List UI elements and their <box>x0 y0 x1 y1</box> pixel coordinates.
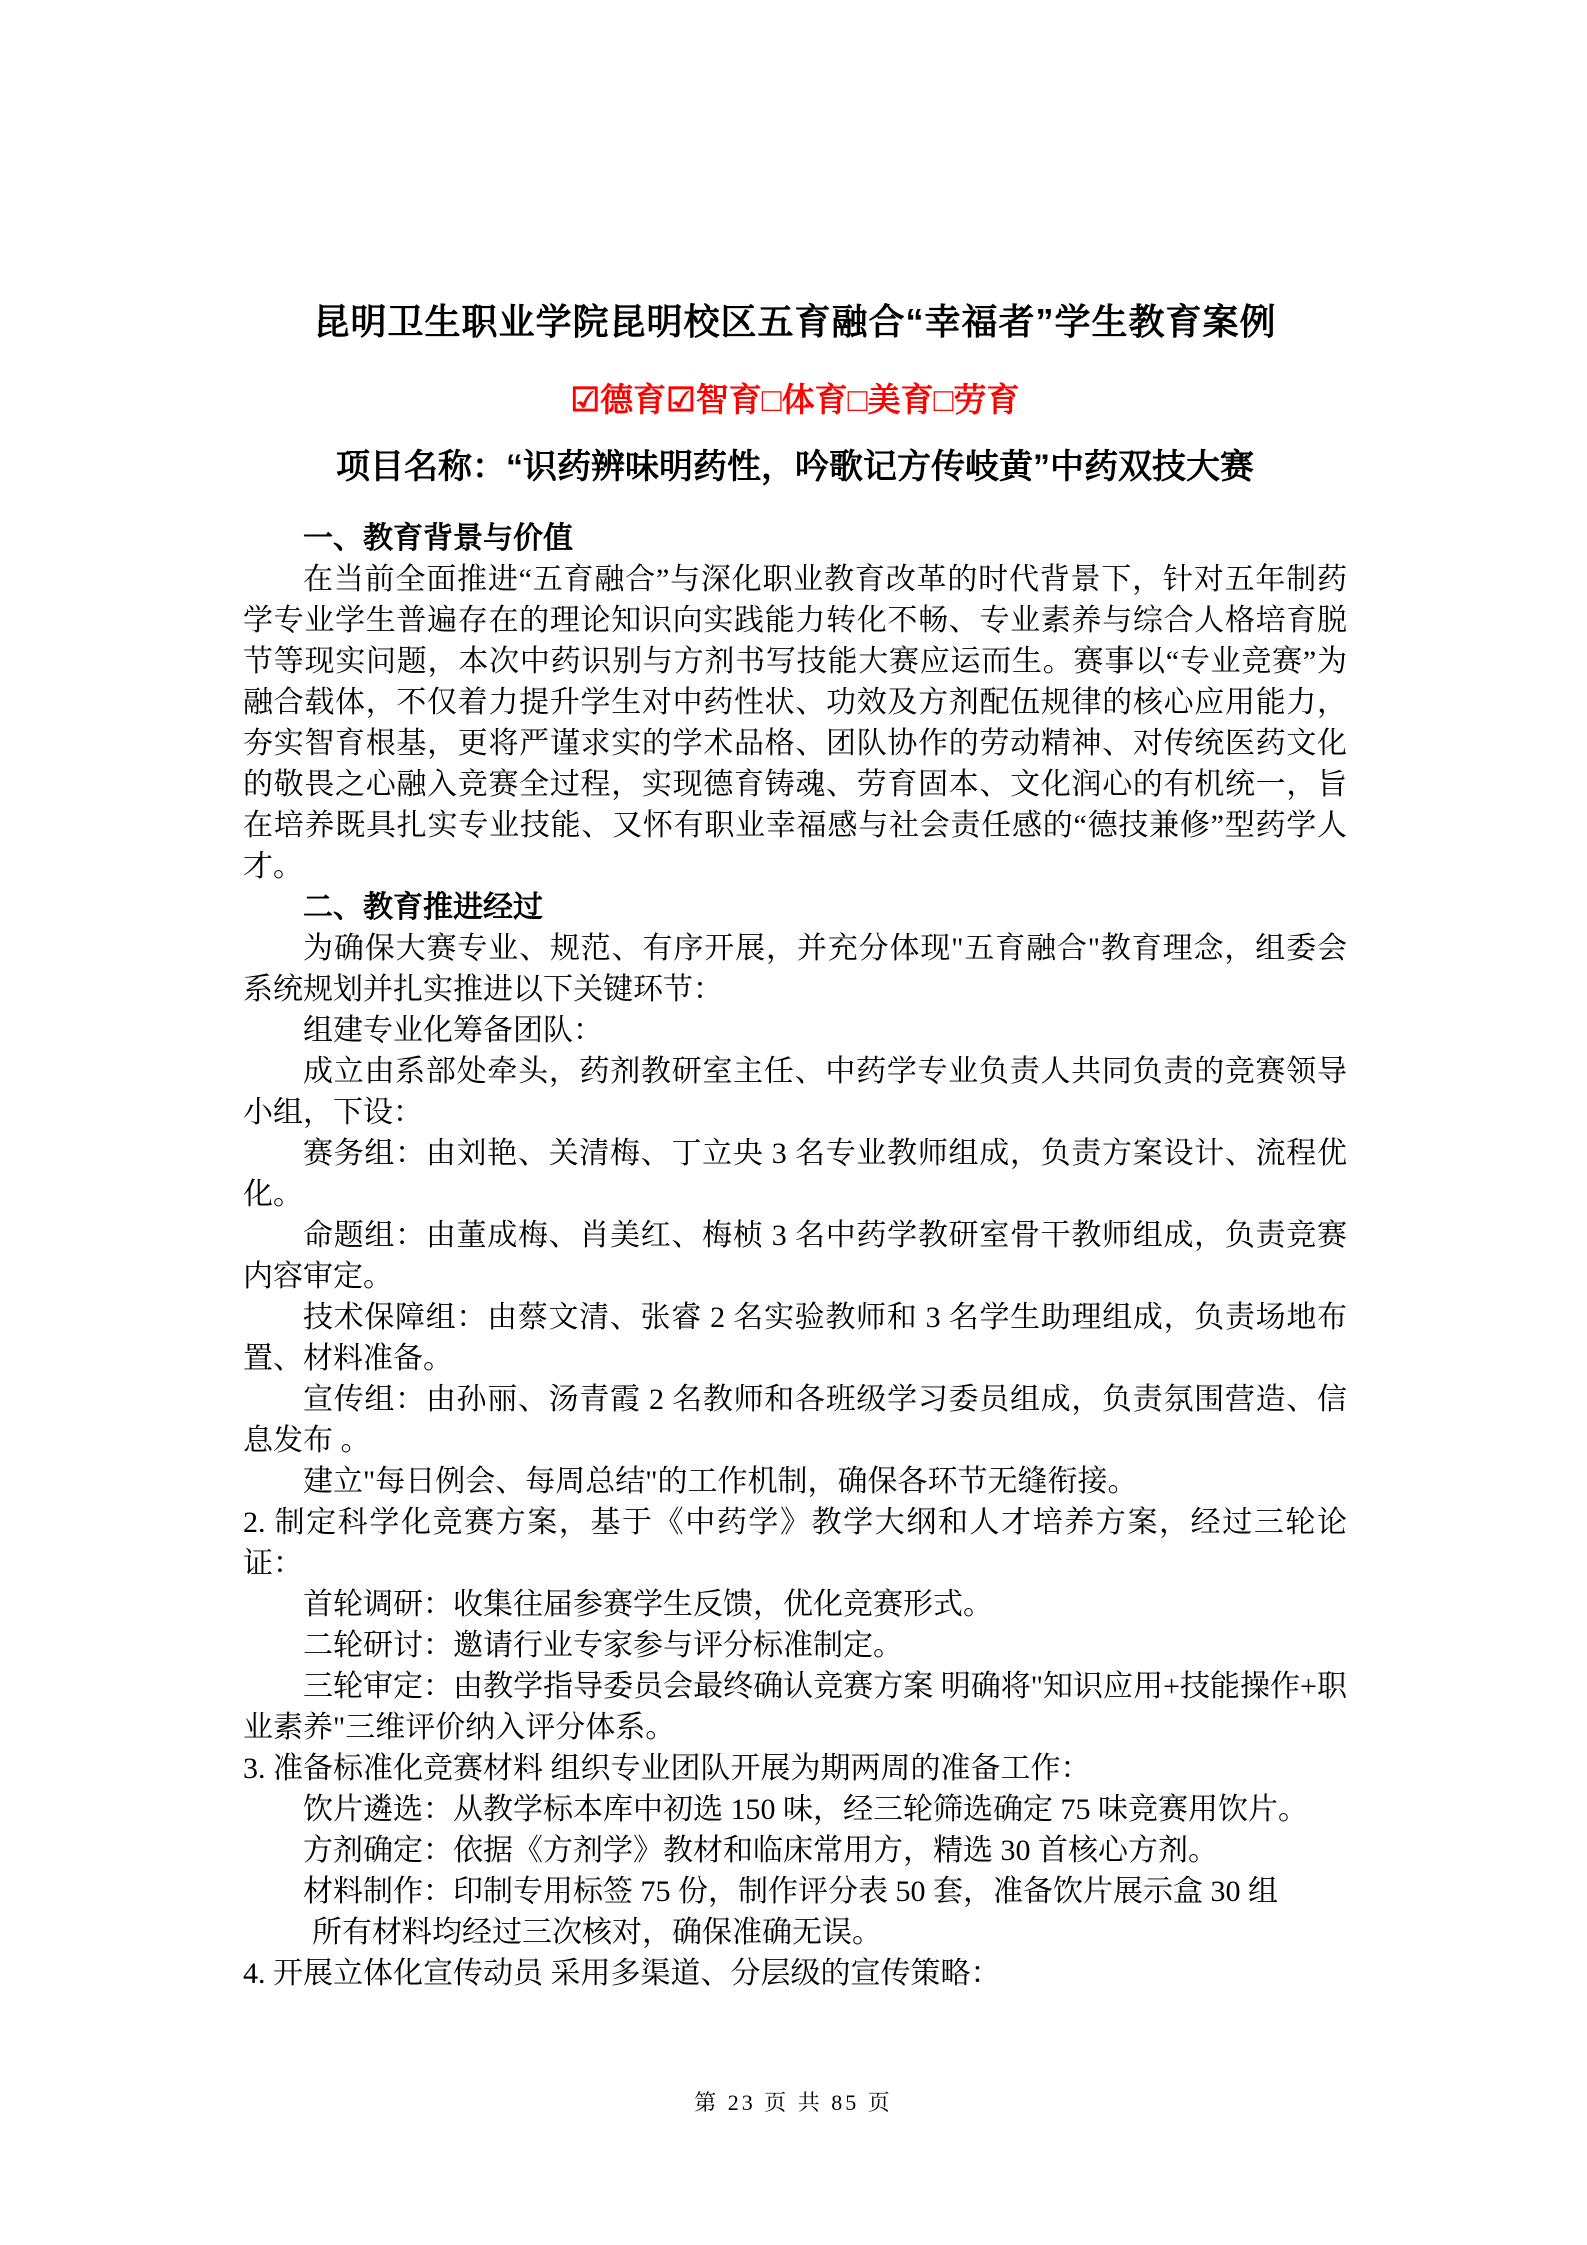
paragraph: 在当前全面推进“五育融合”与深化职业教育改革的时代背景下，针对五年制药学专业学生… <box>243 559 1347 887</box>
paragraph: 方剂确定：依据《方剂学》教材和临床常用方，精选 30 首核心方剂。 <box>243 1830 1347 1871</box>
section-heading: 二、教育推进经过 <box>243 887 1347 928</box>
paragraph: 为确保大赛专业、规范、有序开展，并充分体现"五育融合"教育理念，组委会系统规划并… <box>243 928 1347 1010</box>
paragraph: 饮片遴选：从教学标本库中初选 150 味，经三轮筛选确定 75 味竞赛用饮片。 <box>243 1789 1347 1830</box>
project-name-title: 项目名称：“识药辨味明药性，吟歌记方传岐黄”中药双技大赛 <box>243 445 1347 490</box>
checkbox-checked-icon: ☑ <box>666 381 696 418</box>
edu-option-label: 美育 <box>868 381 934 418</box>
paragraph: 首轮调研：收集往届参赛学生反馈，优化竞赛形式。 <box>243 1584 1347 1625</box>
paragraph: 成立由系部处牵头，药剂教研室主任、中药学专业负责人共同负责的竞赛领导小组，下设： <box>243 1051 1347 1133</box>
checkbox-unchecked-icon: □ <box>762 381 782 418</box>
edu-option-label: 智育 <box>696 381 762 418</box>
paragraph: 命题组：由董成梅、肖美红、梅桢 3 名中药学教研室骨干教师组成，负责竞赛内容审定… <box>243 1215 1347 1297</box>
edu-option-体育: □体育 <box>762 381 848 418</box>
edu-option-label: 体育 <box>782 381 848 418</box>
edu-option-智育: ☑智育 <box>666 381 762 418</box>
document-body: 一、教育背景与价值在当前全面推进“五育融合”与深化职业教育改革的时代背景下，针对… <box>243 518 1347 1994</box>
paragraph: 3. 准备标准化竞赛材料 组织专业团队开展为期两周的准备工作： <box>243 1748 1347 1789</box>
edu-option-劳育: □劳育 <box>934 381 1020 418</box>
paragraph: 所有材料均经过三次核对，确保准确无误。 <box>243 1912 1347 1953</box>
document-page: 昆明卫生职业学院昆明校区五育融合“幸福者”学生教育案例 ☑德育☑智育□体育□美育… <box>0 0 1587 2245</box>
edu-option-德育: ☑德育 <box>571 381 667 418</box>
section-heading: 一、教育背景与价值 <box>243 518 1347 559</box>
paragraph: 三轮审定：由教学指导委员会最终确认竞赛方案 明确将"知识应用+技能操作+职业素养… <box>243 1666 1347 1748</box>
edu-option-label: 德育 <box>600 381 666 418</box>
paragraph: 2. 制定科学化竞赛方案，基于《中药学》教学大纲和人才培养方案，经过三轮论证： <box>243 1502 1347 1584</box>
page-number-footer: 第 23 页 共 85 页 <box>0 2086 1587 2117</box>
checkbox-checked-icon: ☑ <box>571 381 601 418</box>
edu-option-美育: □美育 <box>848 381 934 418</box>
document-content: 昆明卫生职业学院昆明校区五育融合“幸福者”学生教育案例 ☑德育☑智育□体育□美育… <box>243 298 1347 1994</box>
paragraph: 二轮研讨：邀请行业专家参与评分标准制定。 <box>243 1625 1347 1666</box>
document-title: 昆明卫生职业学院昆明校区五育融合“幸福者”学生教育案例 <box>243 298 1347 345</box>
five-education-checkbox-line: ☑德育☑智育□体育□美育□劳育 <box>243 379 1347 421</box>
paragraph: 宣传组：由孙丽、汤青霞 2 名教师和各班级学习委员组成，负责氛围营造、信息发布 … <box>243 1379 1347 1461</box>
checkbox-unchecked-icon: □ <box>934 381 954 418</box>
paragraph: 技术保障组：由蔡文清、张睿 2 名实验教师和 3 名学生助理组成，负责场地布置、… <box>243 1297 1347 1379</box>
paragraph: 4. 开展立体化宣传动员 采用多渠道、分层级的宣传策略： <box>243 1953 1347 1994</box>
paragraph: 赛务组：由刘艳、关清梅、丁立央 3 名专业教师组成，负责方案设计、流程优化。 <box>243 1133 1347 1215</box>
paragraph: 组建专业化筹备团队： <box>243 1010 1347 1051</box>
paragraph: 建立"每日例会、每周总结"的工作机制，确保各环节无缝衔接。 <box>243 1461 1347 1502</box>
checkbox-unchecked-icon: □ <box>848 381 868 418</box>
edu-option-label: 劳育 <box>954 381 1020 418</box>
paragraph: 材料制作：印制专用标签 75 份，制作评分表 50 套，准备饮片展示盒 30 组 <box>243 1871 1347 1912</box>
